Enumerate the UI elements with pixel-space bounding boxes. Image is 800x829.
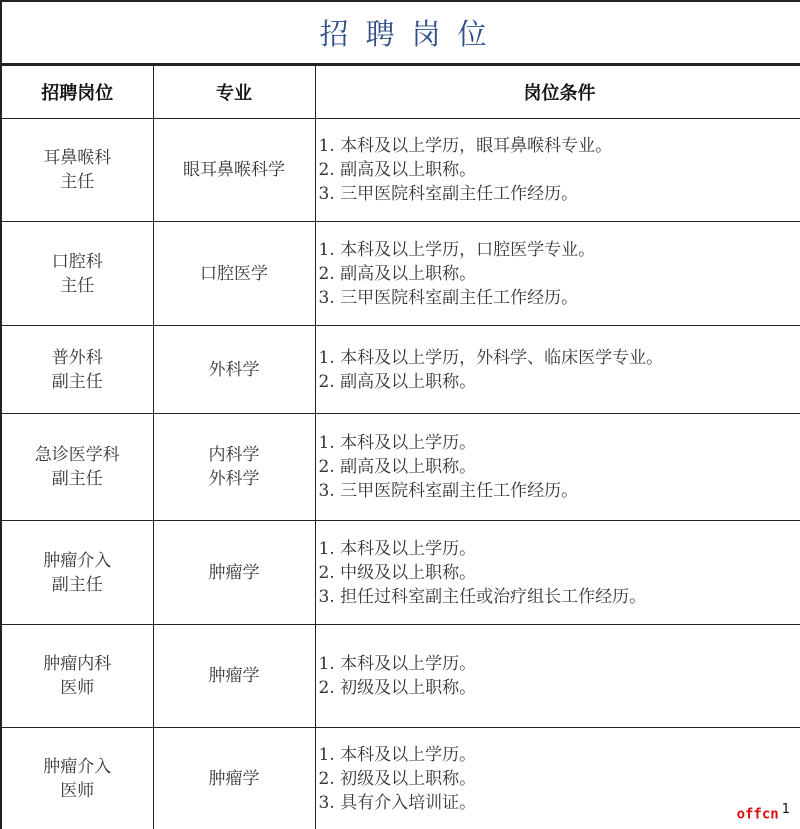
cell-position-line: 肿瘤内科 <box>2 652 153 676</box>
watermark: offcn1 <box>737 802 790 823</box>
cell-position-line: 医师 <box>2 676 153 700</box>
watermark-text: offcn <box>737 807 779 823</box>
table-row: 急诊医学科副主任内科学外科学1. 本科及以上学历。2. 副高及以上职称。3. 三… <box>2 414 800 521</box>
cell-position: 口腔科主任 <box>2 222 153 326</box>
cell-major-line: 内科学 <box>154 443 315 467</box>
cell-conditions: 1. 本科及以上学历。2. 中级及以上职称。3. 担任过科室副主任或治疗组长工作… <box>315 521 800 625</box>
header-row: 招聘岗位 专业 岗位条件 <box>2 66 800 119</box>
table-row: 耳鼻喉科主任眼耳鼻喉科学1. 本科及以上学历，眼耳鼻喉科专业。2. 副高及以上职… <box>2 119 800 222</box>
cell-major-line: 口腔医学 <box>154 262 315 286</box>
cell-major: 肿瘤学 <box>153 728 315 829</box>
cell-conditions: 1. 本科及以上学历，外科学、临床医学专业。2. 副高及以上职称。 <box>315 326 800 414</box>
cell-position-line: 肿瘤介入 <box>2 549 153 573</box>
cell-major-line: 眼耳鼻喉科学 <box>154 158 315 182</box>
cell-conditions-line: 2. 中级及以上职称。 <box>319 561 800 585</box>
table-row: 肿瘤内科医师肿瘤学1. 本科及以上学历。2. 初级及以上职称。 <box>2 625 800 728</box>
cell-conditions-line: 1. 本科及以上学历。 <box>319 652 800 676</box>
cell-conditions-line: 1. 本科及以上学历。 <box>319 431 800 455</box>
cell-conditions-line: 3. 具有介入培训证。 <box>319 791 800 815</box>
cell-conditions-line: 2. 副高及以上职称。 <box>319 262 800 286</box>
table-row: 肿瘤介入副主任肿瘤学1. 本科及以上学历。2. 中级及以上职称。3. 担任过科室… <box>2 521 800 625</box>
cell-position-line: 主任 <box>2 274 153 298</box>
cell-conditions-line: 1. 本科及以上学历。 <box>319 537 800 561</box>
cell-conditions-line: 2. 初级及以上职称。 <box>319 676 800 700</box>
cell-position-line: 副主任 <box>2 467 153 491</box>
title-row: 招聘岗位 <box>2 2 800 65</box>
cell-conditions-line: 1. 本科及以上学历，口腔医学专业。 <box>319 238 800 262</box>
cell-conditions-line: 1. 本科及以上学历，眼耳鼻喉科专业。 <box>319 134 800 158</box>
cell-position: 普外科副主任 <box>2 326 153 414</box>
cell-position-line: 普外科 <box>2 346 153 370</box>
cell-major-line: 肿瘤学 <box>154 664 315 688</box>
cell-conditions: 1. 本科及以上学历，眼耳鼻喉科专业。2. 副高及以上职称。3. 三甲医院科室副… <box>315 119 800 222</box>
cell-conditions-line: 1. 本科及以上学历，外科学、临床医学专业。 <box>319 346 800 370</box>
cell-major: 眼耳鼻喉科学 <box>153 119 315 222</box>
cell-position-line: 副主任 <box>2 370 153 394</box>
cell-major-line: 外科学 <box>154 467 315 491</box>
table-body: 耳鼻喉科主任眼耳鼻喉科学1. 本科及以上学历，眼耳鼻喉科专业。2. 副高及以上职… <box>2 119 800 829</box>
cell-major-line: 肿瘤学 <box>154 767 315 791</box>
page-title: 招聘岗位 <box>302 12 503 53</box>
cell-conditions-line: 2. 副高及以上职称。 <box>319 370 800 394</box>
table-row: 肿瘤介入医师肿瘤学1. 本科及以上学历。2. 初级及以上职称。3. 具有介入培训… <box>2 728 800 829</box>
cell-position: 肿瘤内科医师 <box>2 625 153 728</box>
header-position: 招聘岗位 <box>2 66 153 119</box>
cell-conditions-line: 2. 副高及以上职称。 <box>319 158 800 182</box>
cell-conditions-line: 3. 三甲医院科室副主任工作经历。 <box>319 479 800 503</box>
positions-table: 招聘岗位 专业 岗位条件 耳鼻喉科主任眼耳鼻喉科学1. 本科及以上学历，眼耳鼻喉… <box>2 65 800 829</box>
cell-position-line: 主任 <box>2 170 153 194</box>
cell-major: 肿瘤学 <box>153 625 315 728</box>
cell-position: 肿瘤介入医师 <box>2 728 153 829</box>
cell-conditions-line: 2. 副高及以上职称。 <box>319 455 800 479</box>
cell-conditions: 1. 本科及以上学历。2. 副高及以上职称。3. 三甲医院科室副主任工作经历。 <box>315 414 800 521</box>
cell-conditions-line: 3. 三甲医院科室副主任工作经历。 <box>319 286 800 310</box>
cell-position-line: 副主任 <box>2 573 153 597</box>
page-number: 1 <box>782 802 790 817</box>
cell-position: 肿瘤介入副主任 <box>2 521 153 625</box>
cell-conditions-line: 3. 担任过科室副主任或治疗组长工作经历。 <box>319 585 800 609</box>
table-row: 普外科副主任外科学1. 本科及以上学历，外科学、临床医学专业。2. 副高及以上职… <box>2 326 800 414</box>
cell-major: 肿瘤学 <box>153 521 315 625</box>
cell-position: 耳鼻喉科主任 <box>2 119 153 222</box>
cell-conditions-line: 2. 初级及以上职称。 <box>319 767 800 791</box>
cell-position-line: 肿瘤介入 <box>2 755 153 779</box>
cell-conditions-line: 3. 三甲医院科室副主任工作经历。 <box>319 182 800 206</box>
cell-position-line: 急诊医学科 <box>2 443 153 467</box>
header-conditions: 岗位条件 <box>315 66 800 119</box>
cell-position-line: 口腔科 <box>2 250 153 274</box>
cell-position-line: 医师 <box>2 779 153 803</box>
cell-major: 口腔医学 <box>153 222 315 326</box>
cell-major: 外科学 <box>153 326 315 414</box>
recruitment-sheet: 招聘岗位 招聘岗位 专业 岗位条件 耳鼻喉科主任眼耳鼻喉科学1. 本科及以上学历… <box>0 0 800 829</box>
header-major: 专业 <box>153 66 315 119</box>
cell-position-line: 耳鼻喉科 <box>2 146 153 170</box>
cell-position: 急诊医学科副主任 <box>2 414 153 521</box>
cell-conditions: 1. 本科及以上学历。2. 初级及以上职称。 <box>315 625 800 728</box>
cell-major-line: 肿瘤学 <box>154 561 315 585</box>
cell-conditions-line: 1. 本科及以上学历。 <box>319 743 800 767</box>
cell-conditions: 1. 本科及以上学历，口腔医学专业。2. 副高及以上职称。3. 三甲医院科室副主… <box>315 222 800 326</box>
cell-conditions: 1. 本科及以上学历。2. 初级及以上职称。3. 具有介入培训证。 <box>315 728 800 829</box>
cell-major: 内科学外科学 <box>153 414 315 521</box>
table-row: 口腔科主任口腔医学1. 本科及以上学历，口腔医学专业。2. 副高及以上职称。3.… <box>2 222 800 326</box>
cell-major-line: 外科学 <box>154 358 315 382</box>
